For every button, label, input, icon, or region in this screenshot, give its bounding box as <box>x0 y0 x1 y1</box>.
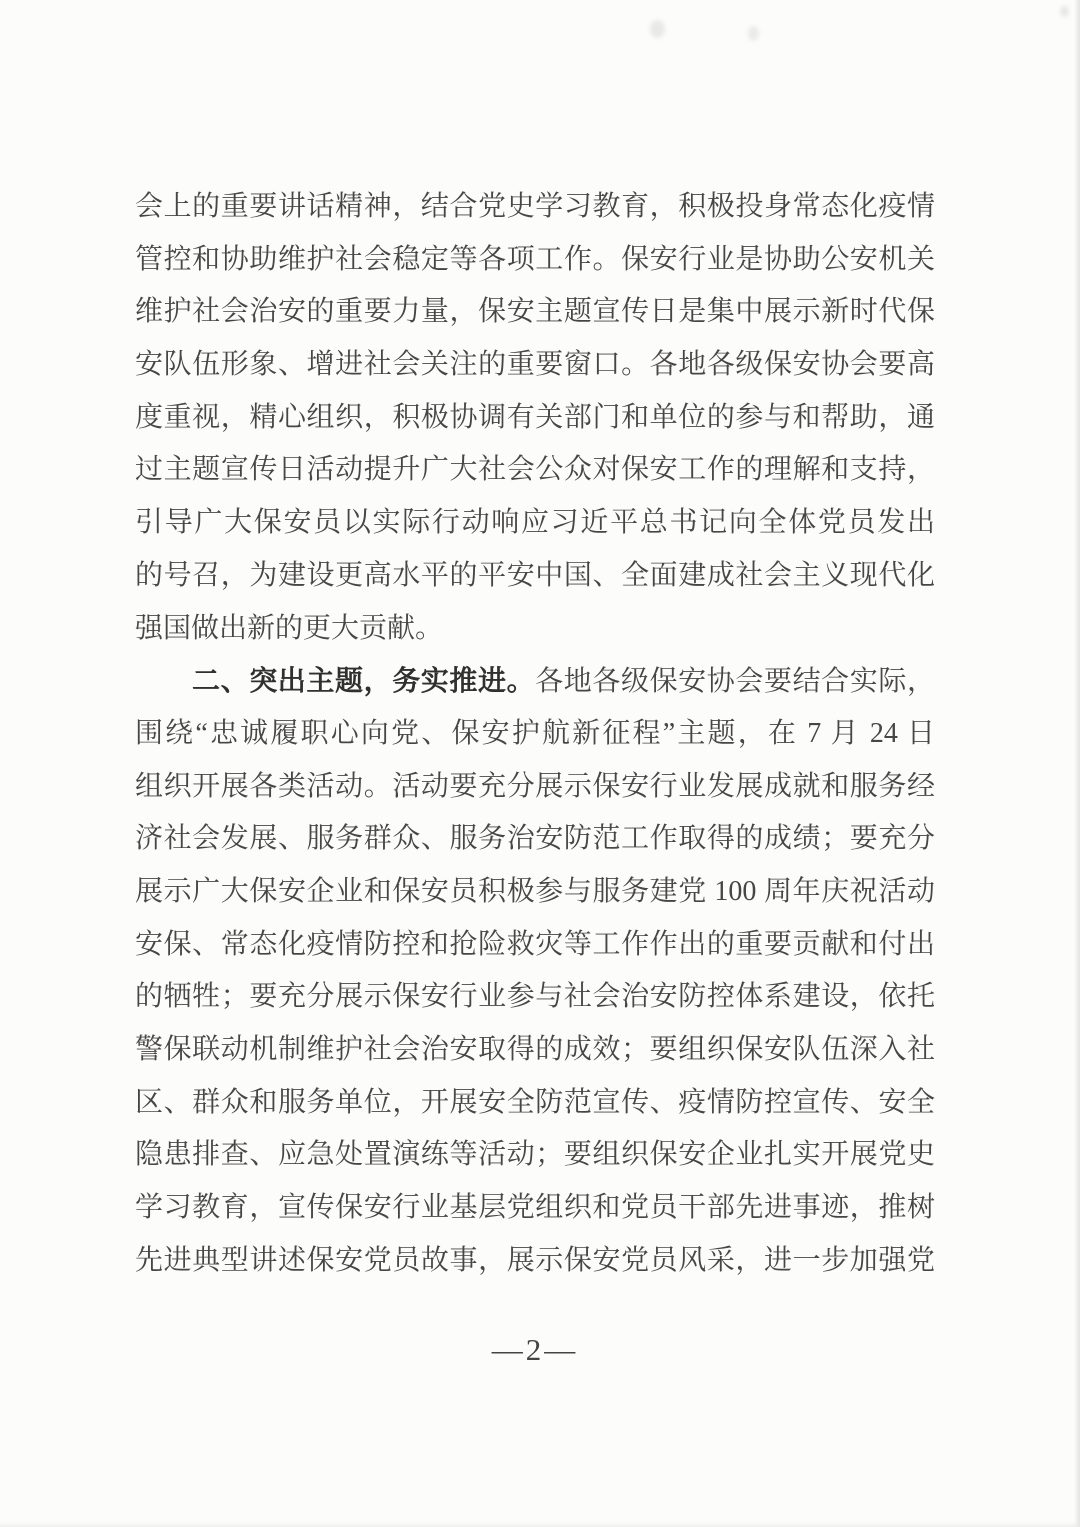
text-line: 维护社会治安的重要力量，保安主题宣传日是集中展示新时代保 <box>135 286 935 339</box>
scan-edge-bottom <box>0 1522 1080 1527</box>
text-line: 区、群众和服务单位，开展安全防范宣传、疫情防控宣传、安全 <box>135 1077 935 1130</box>
scan-speck <box>1060 6 1069 17</box>
document-page: 会上的重要讲话精神，结合党史学习教育，积极投身常态化疫情 管控和协助维护社会稳定… <box>0 0 1080 1527</box>
text-line: 组织开展各类活动。活动要充分展示保安行业发展成就和服务经 <box>135 761 935 814</box>
section-lead-text: 各地各级保安协会要结合实际， <box>535 666 935 697</box>
text-line: 隐患排查、应急处置演练等活动；要组织保安企业扎实开展党史 <box>135 1129 935 1182</box>
page-number: —2— <box>135 1332 935 1368</box>
document-body: 会上的重要讲话精神，结合党史学习教育，积极投身常态化疫情 管控和协助维护社会稳定… <box>135 181 935 1287</box>
text-line: 学习教育，宣传保安行业基层党组织和党员干部先进事迹，推树 <box>135 1182 935 1235</box>
scan-speck <box>748 26 759 41</box>
text-line: 引导广大保安员以实际行动响应习近平总书记向全体党员发出 <box>135 497 935 550</box>
text-line: 度重视，精心组织，积极协调有关部门和单位的参与和帮助，通 <box>135 392 935 445</box>
text-line: 警保联动机制维护社会治安取得的成效；要组织保安队伍深入社 <box>135 1024 935 1077</box>
text-line: 过主题宣传日活动提升广大社会公众对保安工作的理解和支持， <box>135 444 935 497</box>
text-line: 的号召，为建设更高水平的平安中国、全面建成社会主义现代化 <box>135 550 935 603</box>
text-line: 围绕“忠诚履职心向党、保安护航新征程”主题，在 7 月 24 日 <box>135 708 935 761</box>
section-heading-bold: 二、突出主题，务实推进。 <box>192 665 535 696</box>
text-line: 济社会发展、服务群众、服务治安防范工作取得的成绩；要充分 <box>135 813 935 866</box>
text-line: 展示广大保安企业和保安员积极参与服务建党 100 周年庆祝活动 <box>135 866 935 919</box>
text-line: 会上的重要讲话精神，结合党史学习教育，积极投身常态化疫情 <box>135 181 935 234</box>
text-line-section-lead: 二、突出主题，务实推进。各地各级保安协会要结合实际， <box>135 655 935 708</box>
text-line: 管控和协助维护社会稳定等各项工作。保安行业是协助公安机关 <box>135 234 935 287</box>
text-line: 安保、常态化疫情防控和抢险救灾等工作作出的重要贡献和付出 <box>135 919 935 972</box>
text-line: 的牺牲；要充分展示保安行业参与社会治安防控体系建设，依托 <box>135 971 935 1024</box>
text-line: 先进典型讲述保安党员故事，展示保安党员风采，进一步加强党 <box>135 1235 935 1288</box>
text-line: 安队伍形象、增进社会关注的重要窗口。各地各级保安协会要高 <box>135 339 935 392</box>
scan-speck <box>650 20 665 38</box>
text-line: 强国做出新的更大贡献。 <box>135 603 935 656</box>
scan-edge-right <box>1074 0 1080 1527</box>
